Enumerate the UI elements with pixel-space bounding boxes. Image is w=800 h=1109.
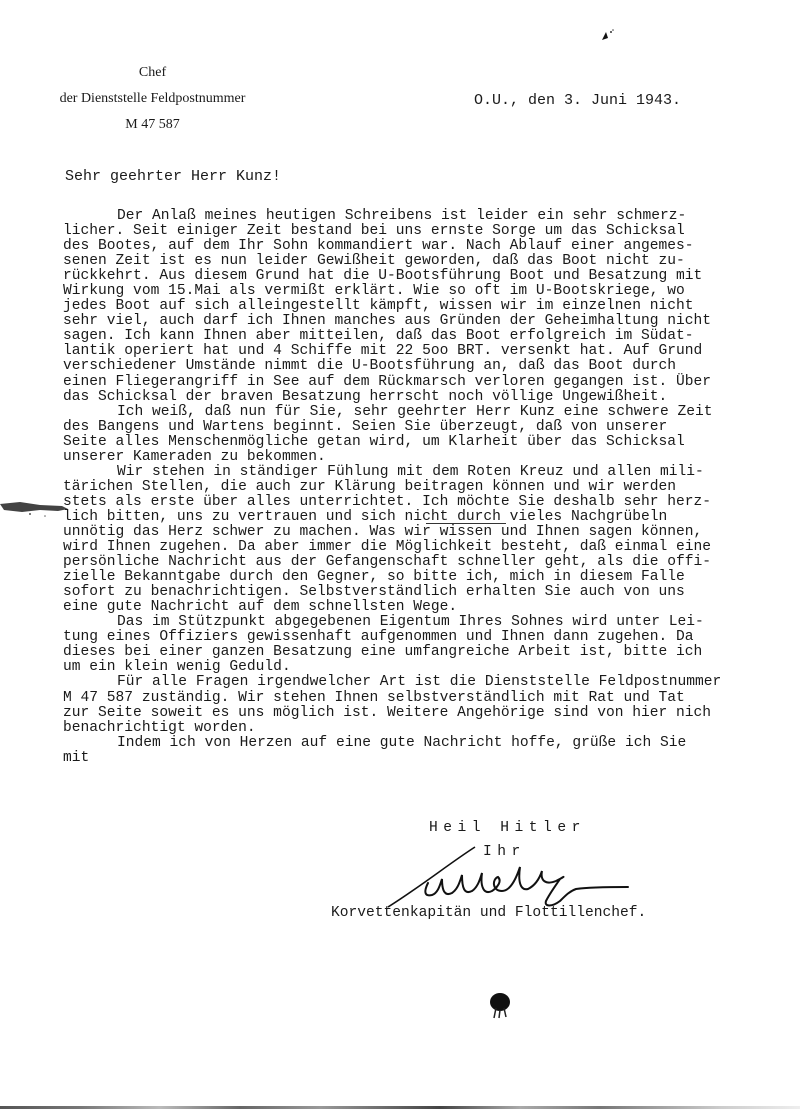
letterhead-title: Chef (0, 60, 305, 86)
body-line: stets als erste über alles unterrichtet.… (63, 495, 721, 510)
body-line: um ein klein wenig Geduld. (63, 660, 721, 675)
body-line: eine gute Nachricht auf dem schnellsten … (63, 600, 721, 615)
body-line: verschiedener Umstände nimmt die U-Boots… (63, 359, 721, 374)
letterhead: Chef der Dienststelle Feldpostnummer M 4… (0, 60, 305, 138)
body-line: einen Fliegerangriff in See auf dem Rück… (63, 375, 721, 390)
body-line: Ich weiß, daß nun für Sie, sehr geehrter… (63, 405, 721, 420)
letterhead-feldpost-number: M 47 587 (0, 112, 305, 138)
body-line: rückkehrt. Aus diesem Grund hat die U-Bo… (63, 269, 721, 284)
body-line: Für alle Fragen irgendwelcher Art ist di… (63, 675, 721, 690)
body-line: Das im Stützpunkt abgegebenen Eigentum I… (63, 615, 721, 630)
body-line: benachrichtigt worden. (63, 721, 721, 736)
body-line: jedes Boot auf sich alleingestellt kämpf… (63, 299, 721, 314)
body-line: dieses bei einer ganzen Besatzung eine u… (63, 645, 721, 660)
body-line: das Schicksal der braven Besatzung herrs… (63, 390, 721, 405)
body-line: Indem ich von Herzen auf eine gute Nachr… (63, 736, 721, 751)
body-line: persönliche Nachricht aus der Gefangensc… (63, 555, 721, 570)
body-line: tärichen Stellen, die auch zur Klärung b… (63, 480, 721, 495)
body-line: mit (63, 751, 721, 766)
body-line: sagen. Ich kann Ihnen aber mitteilen, da… (63, 329, 721, 344)
body-line: unserer Kameraden zu bekommen. (63, 450, 721, 465)
ink-blot (486, 990, 514, 1020)
body-line: wird Ihnen zugehen. Da aber immer die Mö… (63, 540, 721, 555)
body-line: Der Anlaß meines heutigen Schreibens ist… (63, 209, 721, 224)
ink-speck (600, 28, 616, 42)
body-line: tung eines Offiziers gewissenhaft aufgen… (63, 630, 721, 645)
letter-page: Chef der Dienststelle Feldpostnummer M 4… (0, 0, 800, 1109)
salutation: Sehr geehrter Herr Kunz! (65, 168, 281, 185)
body-line: M 47 587 zuständig. Wir stehen Ihnen sel… (63, 691, 721, 706)
body-line: licher. Seit einiger Zeit bestand bei un… (63, 224, 721, 239)
letter-body: Der Anlaß meines heutigen Schreibens ist… (63, 209, 721, 766)
body-line: des Bangens und Wartens beginnt. Seien S… (63, 420, 721, 435)
body-line: Wirkung vom 15.Mai als vermißt erklärt. … (63, 284, 721, 299)
body-line: zielle Bekanntgabe durch den Gegner, so … (63, 570, 721, 585)
body-line: sehr viel, auch darf ich Ihnen manches a… (63, 314, 721, 329)
body-line: Seite alles Menschenmögliche getan wird,… (63, 435, 721, 450)
body-line: lantik operiert hat und 4 Schiffe mit 22… (63, 344, 721, 359)
body-line: senen Zeit ist es nun leider Gewißheit g… (63, 254, 721, 269)
body-line: lich bitten, uns zu vertrauen und sich n… (63, 510, 721, 525)
body-line: zur Seite soweit es uns möglich ist. Wei… (63, 706, 721, 721)
body-line: sofort zu benachrichtigen. Selbstverstän… (63, 585, 721, 600)
closing-greeting: Heil Hitler (429, 820, 586, 836)
body-line: Wir stehen in ständiger Fühlung mit dem … (63, 465, 721, 480)
body-line: unnötig das Herz schwer zu machen. Was w… (63, 525, 721, 540)
letterhead-office: der Dienststelle Feldpostnummer (0, 86, 305, 112)
ink-smudge (0, 496, 70, 520)
letter-date: O.U., den 3. Juni 1943. (474, 92, 681, 109)
body-line: des Bootes, auf dem Ihr Sohn kommandiert… (63, 239, 721, 254)
strikethrough-mark (426, 523, 506, 524)
signatory-title: Korvettenkapitän und Flottillenchef. (331, 905, 646, 921)
